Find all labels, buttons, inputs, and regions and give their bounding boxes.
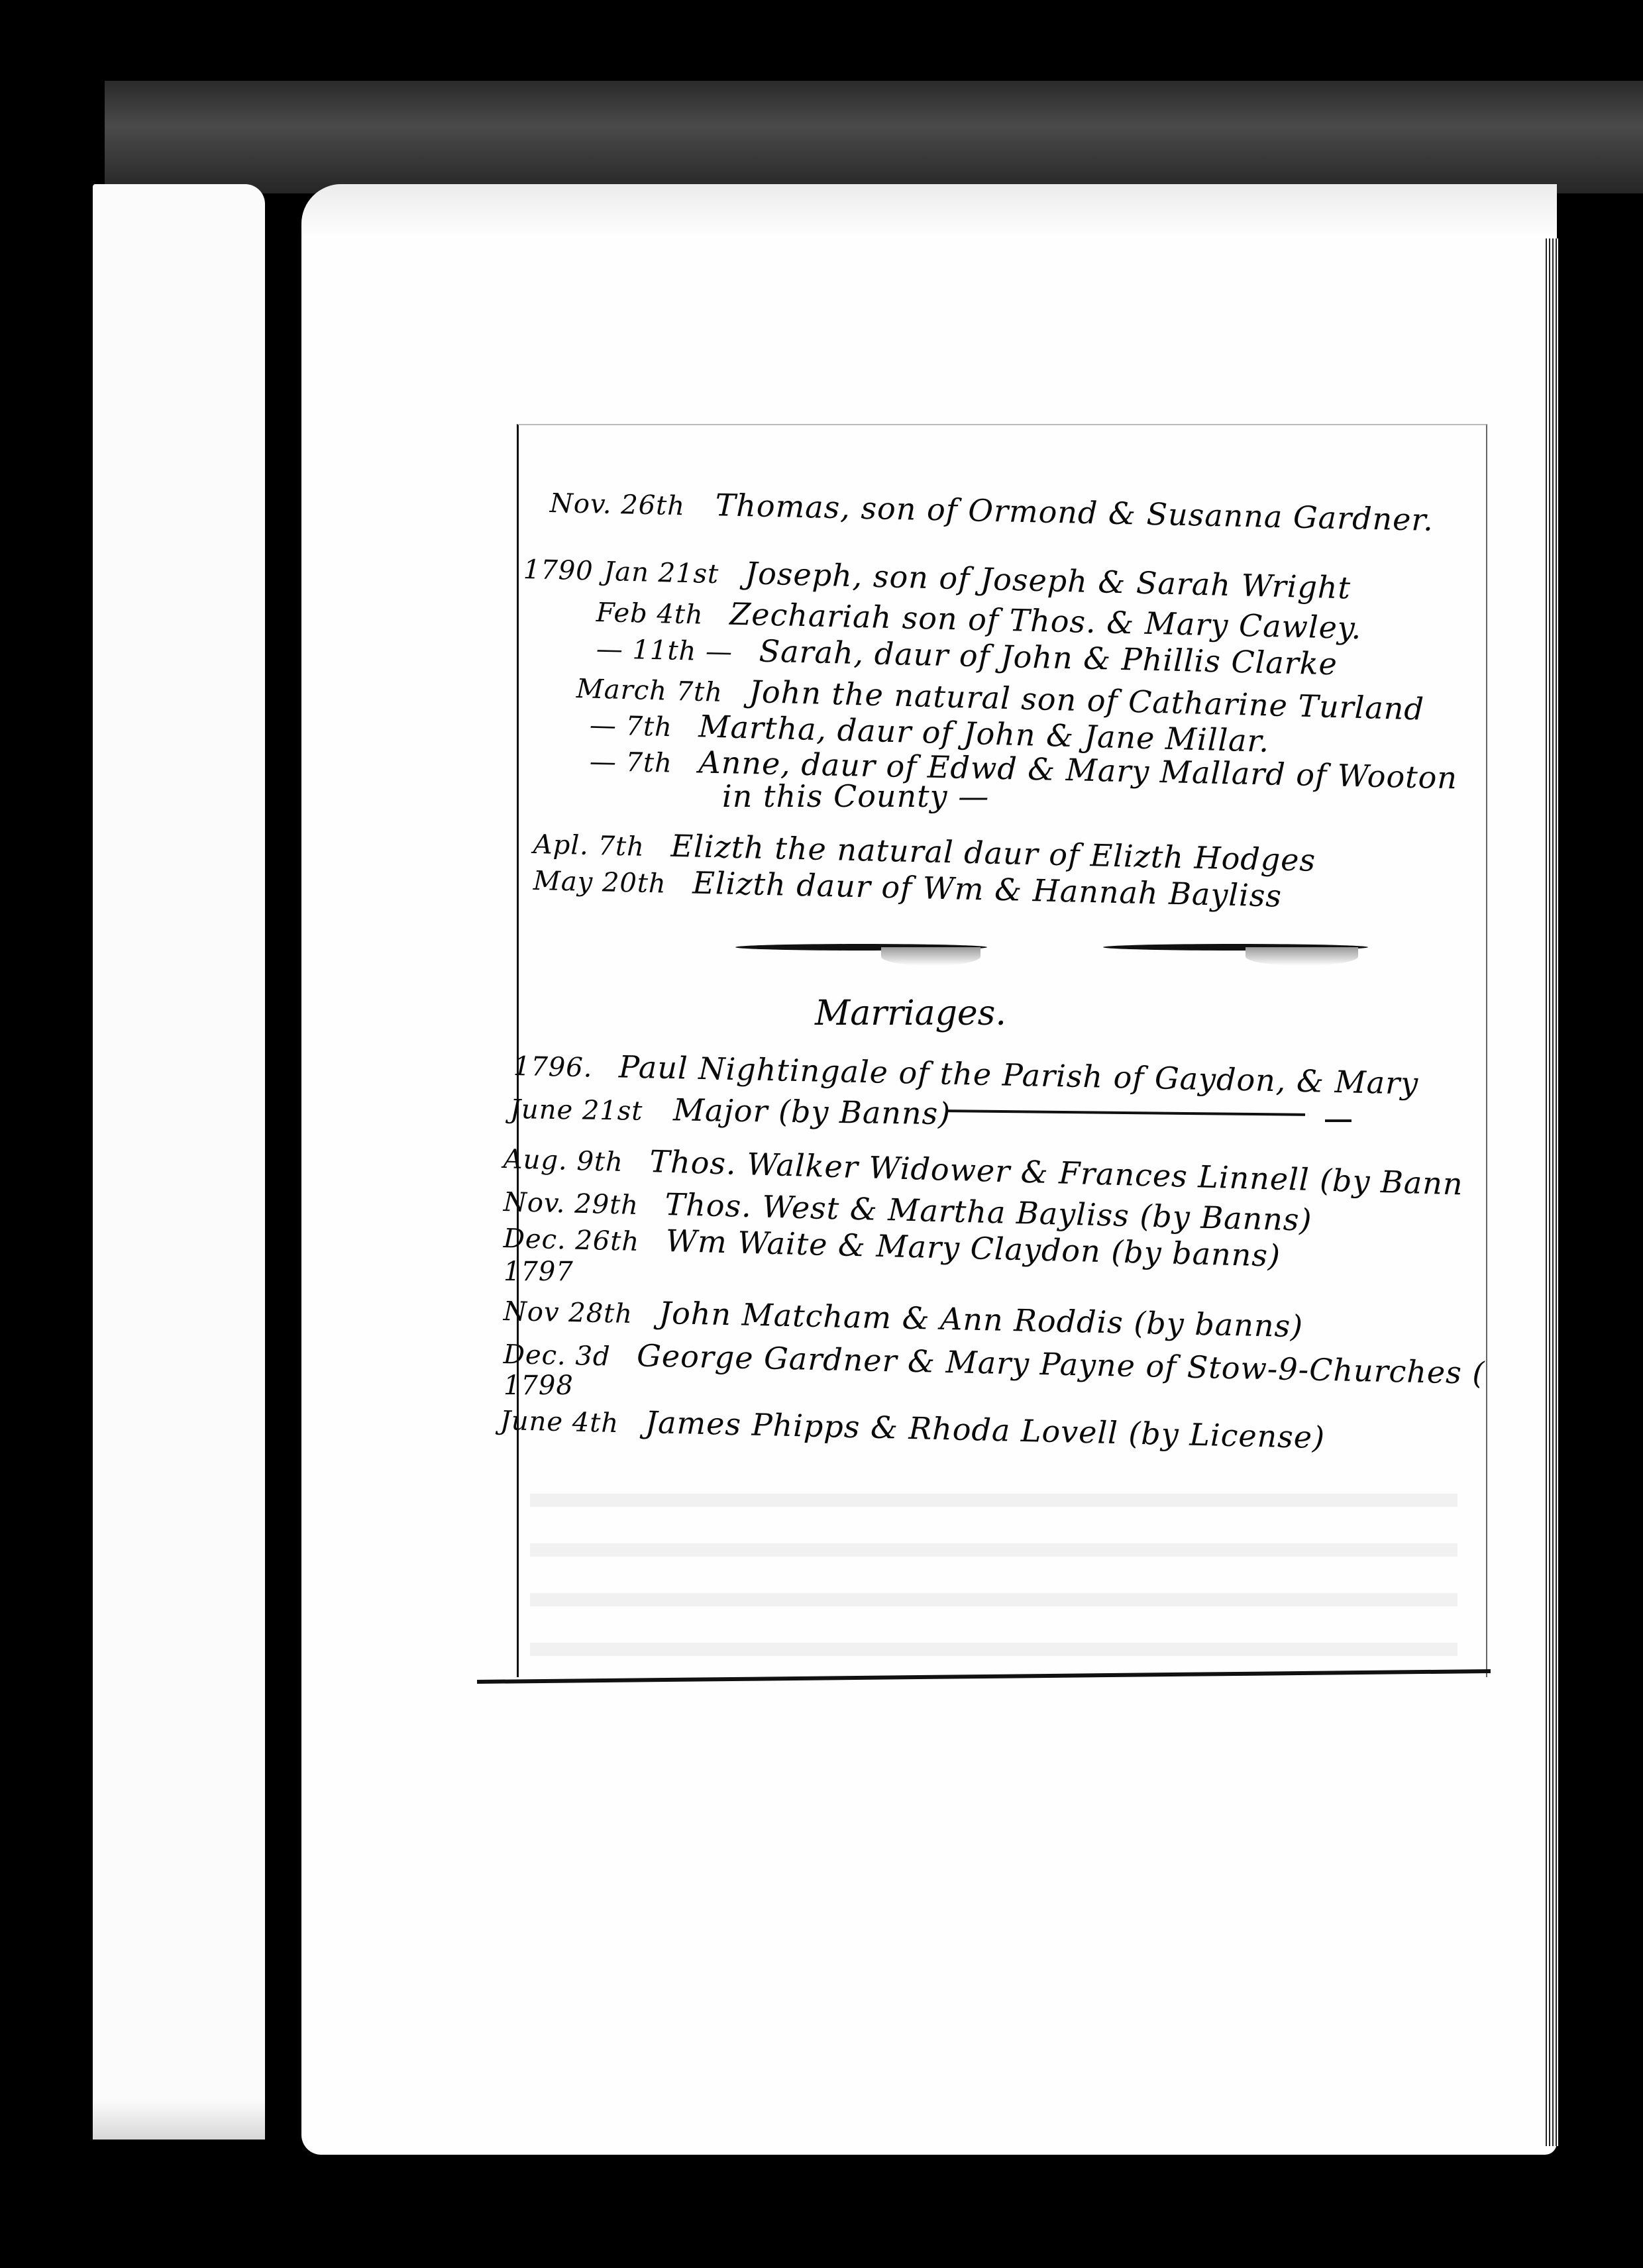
entry-date: Feb 4th [596,597,704,631]
entry-year: 1798 [503,1370,574,1401]
entry-date: Nov 28th [503,1296,633,1329]
microfilm-background [105,81,1643,193]
entry-year: 1790 [523,554,594,587]
entry-date: June 21st [510,1094,643,1127]
page-stack-edge [1544,238,1558,2146]
entry-text: in this County — [722,778,989,814]
line-filler-rule [1325,1119,1351,1122]
entry-date: — 11th — [596,634,733,668]
left-page-edge [93,184,265,2138]
section-heading-marriages: Marriages. [815,994,1006,1033]
swash-shade-right [1245,947,1358,966]
page-top-fold [301,184,1557,237]
bleed-through-text [530,1457,1457,1669]
entry-year: 1797 [503,1257,574,1287]
marriage-year-heading: 1797 [503,1252,574,1288]
entry-date: Jan 21st [604,556,719,590]
entry-date: Aug. 9th [503,1144,623,1178]
marriage-entry: June 21st Major (by Banns) [510,1090,951,1131]
left-page-shadow [93,2100,265,2139]
entry-date: May 20th [533,866,666,900]
marriage-year-heading: 1798 [503,1366,574,1402]
entry-date: June 4th [500,1406,619,1439]
entry-date: — 7th [589,747,672,779]
entry-date: — 7th [589,710,672,743]
entry-date: Apl. 7th [533,829,645,862]
entry-date: Nov. 26th [549,488,685,521]
swash-shade-left [881,947,980,966]
entry-year: 1796. [513,1051,592,1083]
entry-text: Major (by Banns) [673,1092,951,1131]
entry-date: Nov. 29th [503,1187,639,1221]
entry-date: March 7th [576,674,723,708]
baptism-entry-continuation: in this County — [722,778,989,814]
